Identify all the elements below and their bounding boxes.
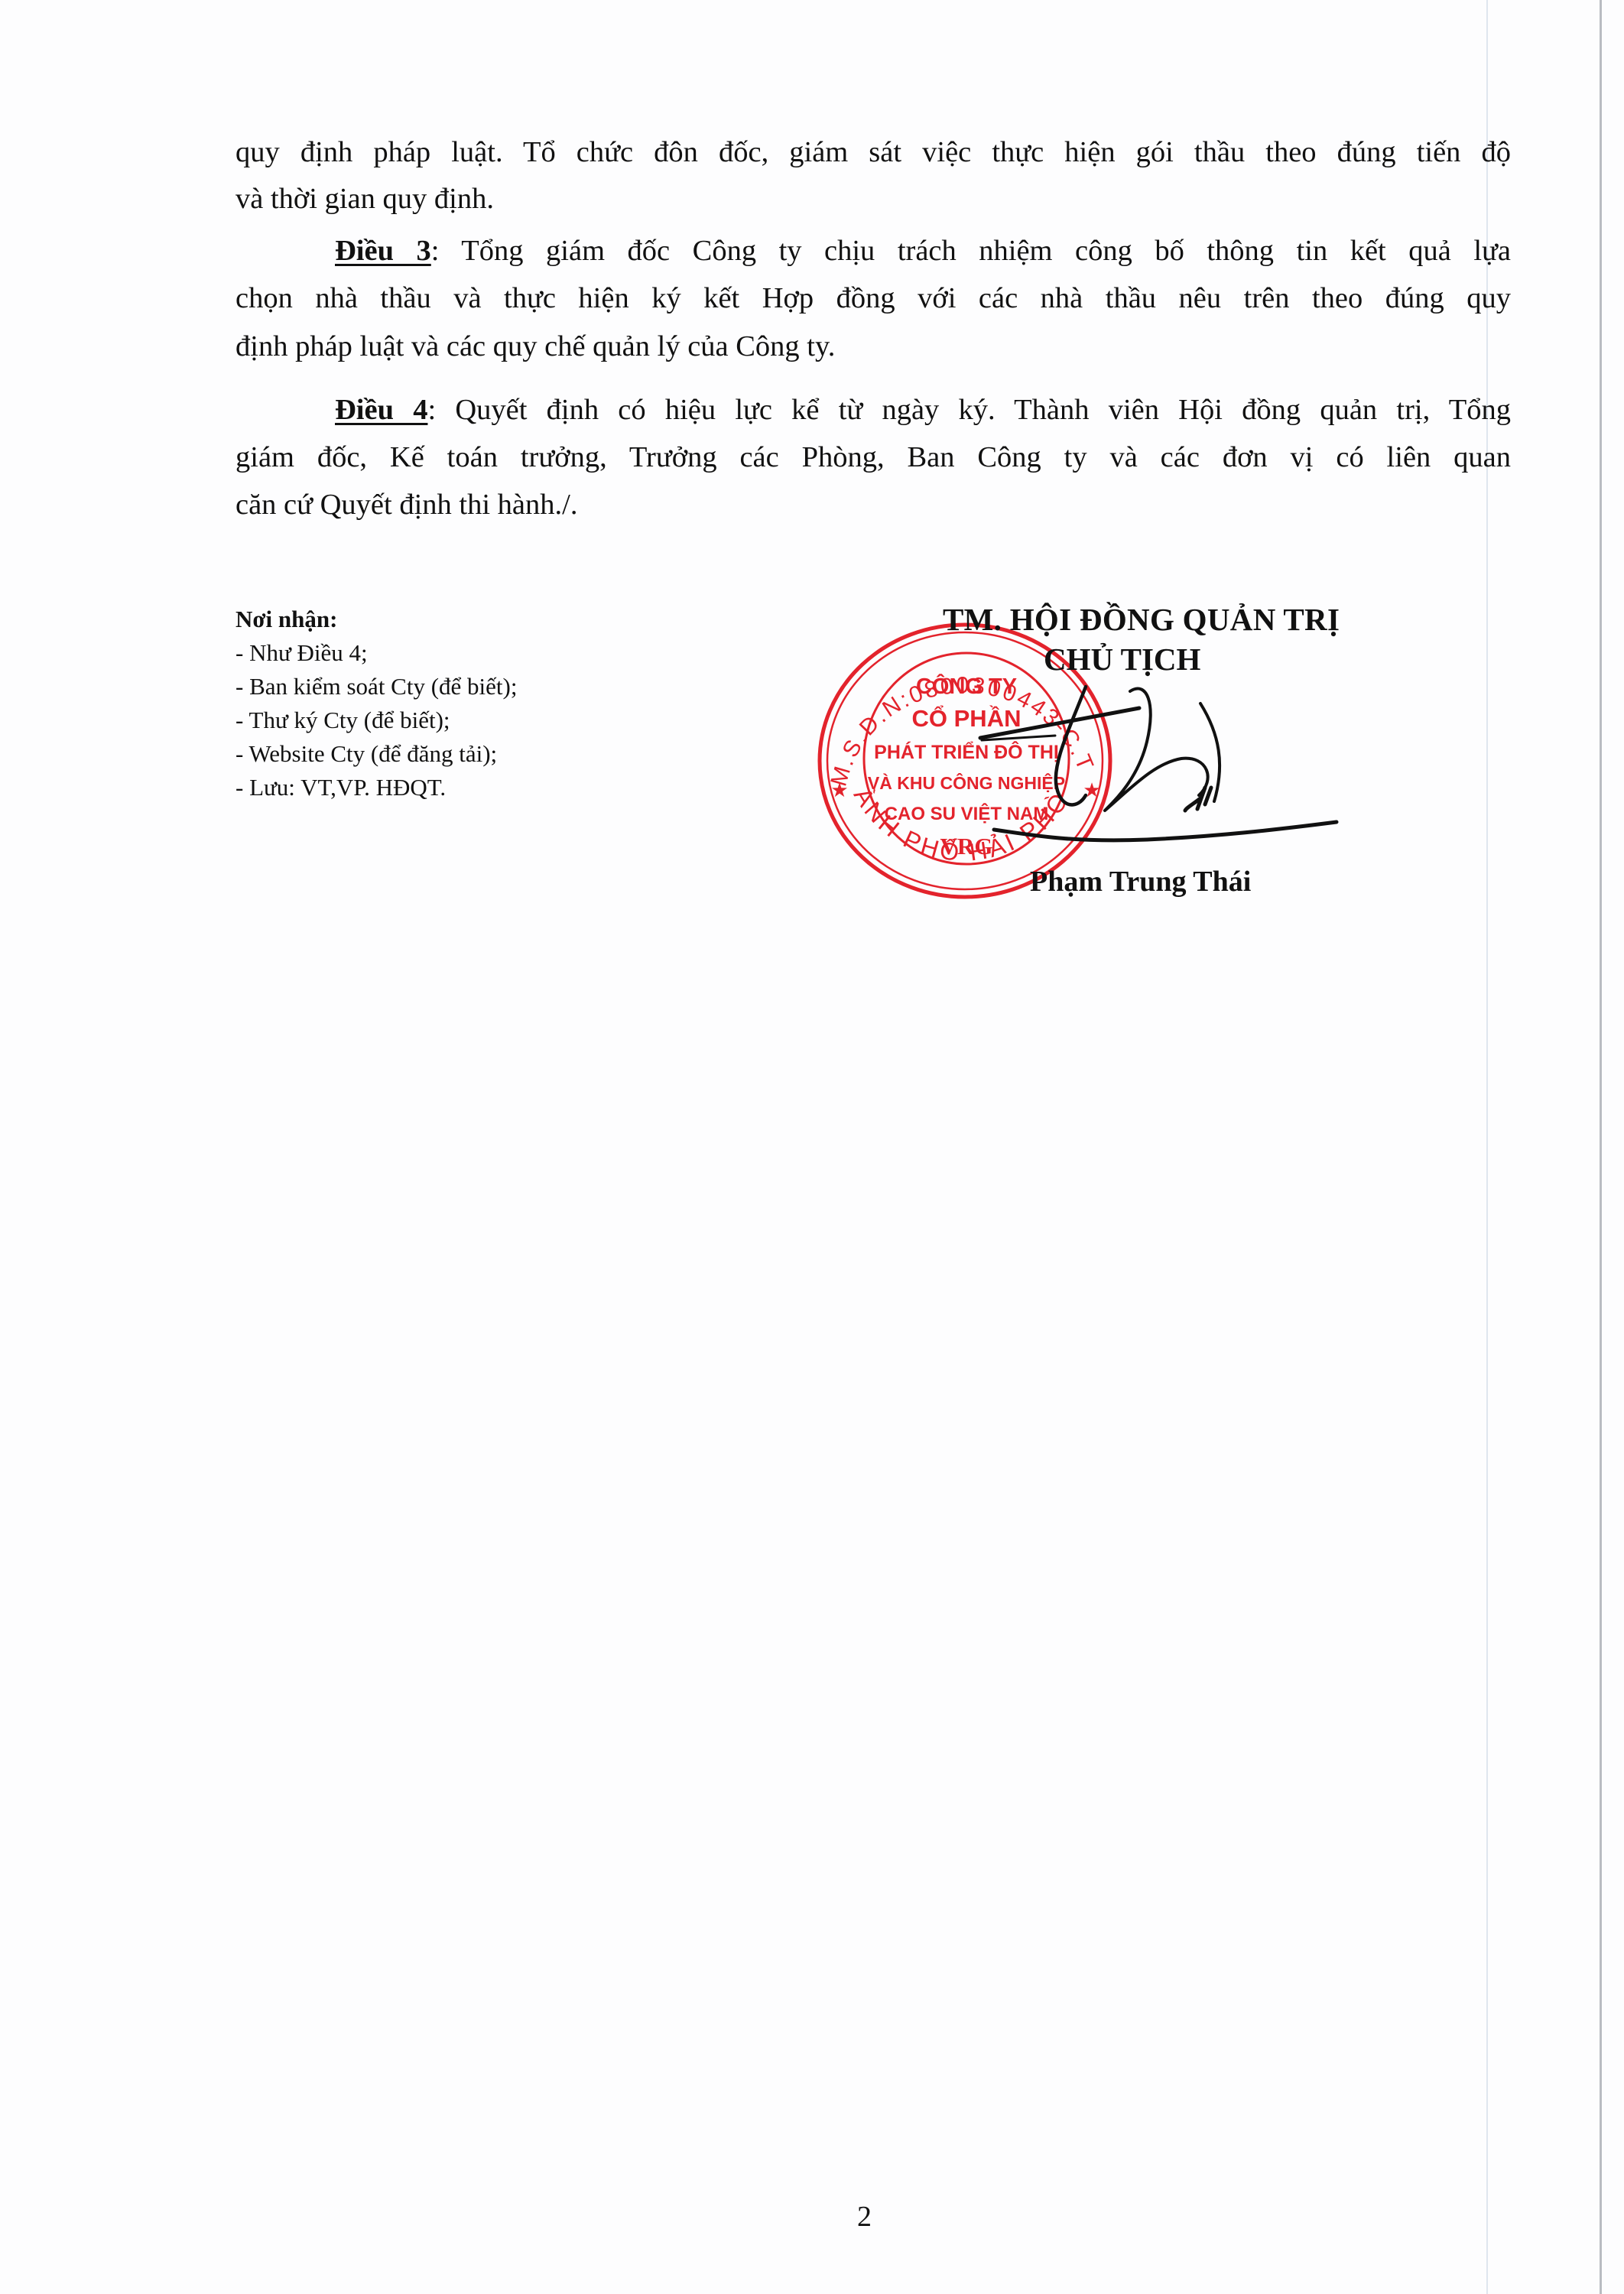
article-3-first-line: Điều 3: Tổng giám đốc Công ty chịu trách… <box>335 236 1511 266</box>
recipient-item: - Như Điều 4; <box>235 636 517 670</box>
recipient-item: - Ban kiểm soát Cty (để biết); <box>235 670 517 703</box>
recipient-item: - Lưu: VT,VP. HĐQT. <box>235 771 517 804</box>
recipient-item: - Website Cty (để đăng tải); <box>235 737 517 771</box>
page-number: 2 <box>857 2202 872 2231</box>
body-line: căn cứ Quyết định thi hành./. <box>235 490 577 520</box>
body-line: và thời gian quy định. <box>235 184 494 214</box>
article-3-text: : Tổng giám đốc Công ty chịu trách nhiệm… <box>431 235 1511 267</box>
handwritten-signature <box>956 673 1353 856</box>
recipients-title: Nơi nhận: <box>235 603 517 636</box>
signatory-name: Phạm Trung Thái <box>1030 867 1251 896</box>
body-line: quy định pháp luật. Tổ chức đôn đốc, giá… <box>235 138 1511 167</box>
article-4-first-line: Điều 4: Quyết định có hiệu lực kể từ ngà… <box>335 395 1511 425</box>
body-line: giám đốc, Kế toán trưởng, Trưởng các Phò… <box>235 443 1511 473</box>
body-line: định pháp luật và các quy chế quản lý củ… <box>235 332 835 362</box>
article-4-label: Điều 4 <box>335 394 427 426</box>
recipients-block: Nơi nhận: - Như Điều 4; - Ban kiểm soát … <box>235 603 517 804</box>
article-3-label: Điều 3 <box>335 235 431 267</box>
svg-text:★: ★ <box>830 779 848 801</box>
page-border-line <box>1600 0 1602 2294</box>
recipient-item: - Thư ký Cty (để biết); <box>235 703 517 737</box>
scan-edge-line <box>1486 0 1488 2294</box>
signature-on-behalf: TM. HỘI ĐỒNG QUẢN TRỊ <box>943 604 1340 635</box>
body-line: chọn nhà thầu và thực hiện ký kết Hợp đồ… <box>235 284 1511 314</box>
article-4-text: : Quyết định có hiệu lực kể từ ngày ký. … <box>427 394 1511 426</box>
signature-role: CHỦ TỊCH <box>1044 644 1200 675</box>
